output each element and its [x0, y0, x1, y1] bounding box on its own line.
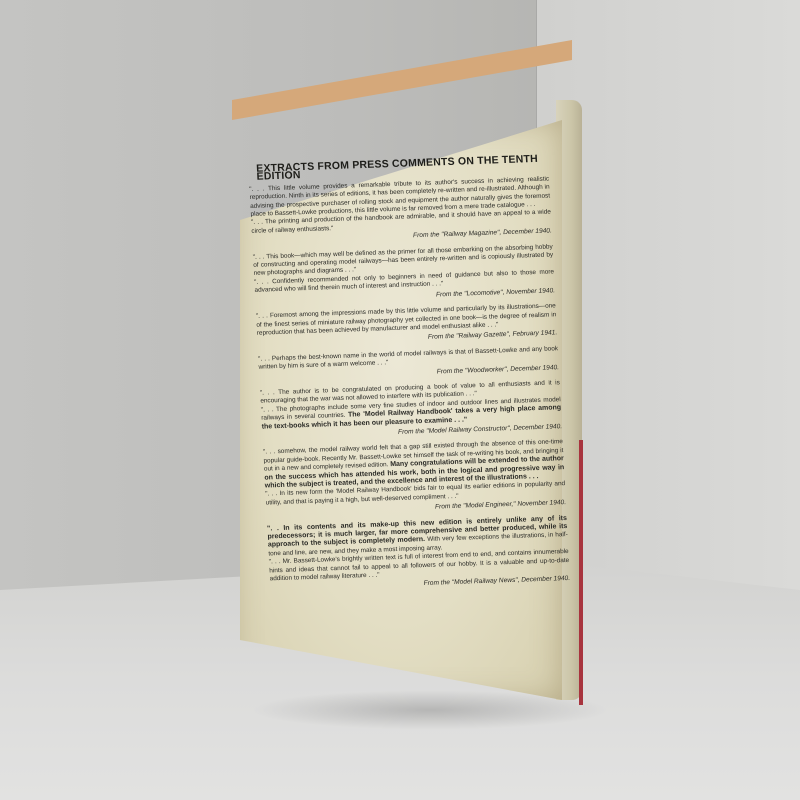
press-extract: ". . . The author is to be congratulated…	[260, 379, 563, 442]
press-comments-text: EXTRACTS FROM PRESS COMMENTS ON THE TENT…	[248, 155, 571, 602]
press-extract: ". . . somehow, the model railway world …	[263, 439, 566, 519]
press-extract: ". . . This book—which may well be defin…	[253, 243, 556, 306]
press-extract: ". . . Perhaps the best-known name in th…	[258, 345, 559, 383]
spine-red-stripe	[579, 440, 583, 705]
extracts-list: ". . . This little volume provides a rem…	[249, 175, 570, 594]
press-extract: ". . In its contents and its make-up thi…	[267, 515, 570, 595]
quote-bold-text: ". . In its contents and its make-up thi…	[267, 515, 568, 549]
press-extract: ". . . This little volume provides a rem…	[249, 175, 552, 246]
press-extract: ". . . Foremost among the impressions ma…	[256, 302, 558, 348]
